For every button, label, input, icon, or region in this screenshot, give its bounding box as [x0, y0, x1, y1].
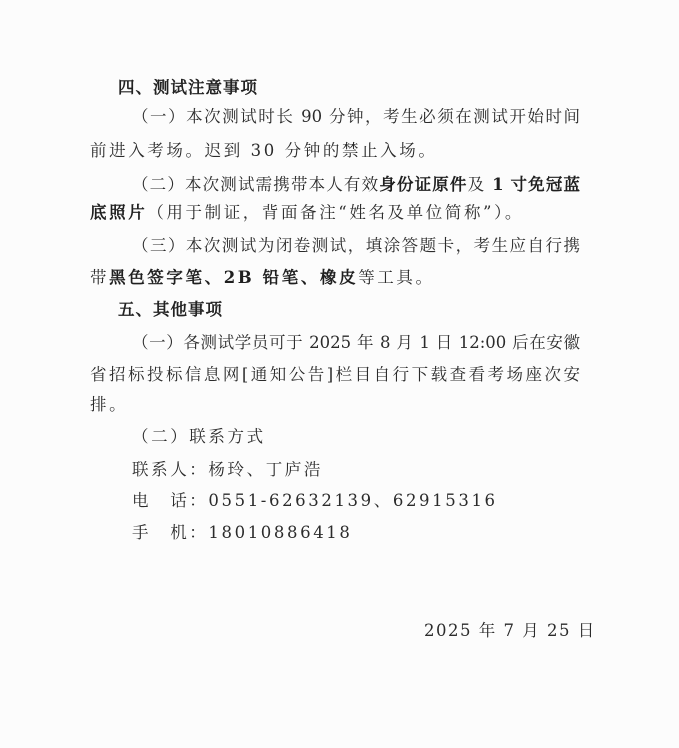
- document-date: 2025 年 7 月 25 日: [424, 617, 596, 641]
- section-4-heading: 四、测试注意事项: [118, 77, 608, 99]
- text: 等工具。: [358, 268, 434, 287]
- mobile-value: 18010886418: [208, 523, 352, 542]
- mobile-label: 手 机：: [132, 523, 208, 542]
- bold-id-card: 身份证原件: [379, 175, 467, 194]
- contact-person-label: 联系人：: [132, 460, 208, 479]
- phone-label: 电 话：: [132, 491, 208, 510]
- section-4-item-3-line-2: 带黑色签字笔、2B 铅笔、橡皮等工具。: [90, 267, 580, 289]
- contact-person-value: 杨玲、丁庐浩: [208, 460, 323, 479]
- text: （二）本次测试需携带本人有效: [132, 175, 379, 194]
- section-4-item-2-line-2: 底照片（用于制证，背面备注“姓名及单位简称”）。: [90, 202, 580, 224]
- bold-photo: 1 寸免冠蓝: [485, 175, 580, 194]
- bold-tools: 黑色签字笔、2B 铅笔、橡皮: [109, 268, 358, 287]
- section-5-item-1-line-2: 省招标投标信息网[通知公告]栏目自行下载查看考场座次安: [90, 364, 580, 386]
- section-4-item-1-line-1: （一）本次测试时长 90 分钟，考生必须在测试开始时间: [132, 106, 580, 128]
- section-5-item-1-line-1: （一）各测试学员可于 2025 年 8 月 1 日 12:00 后在安徽: [132, 332, 580, 354]
- phone-value: 0551-62632139、62915316: [208, 491, 497, 510]
- mobile-row: 手 机：18010886418: [132, 522, 580, 544]
- section-5-heading: 五、其他事项: [118, 299, 608, 321]
- contact-section-title: （二）联系方式: [132, 426, 580, 448]
- bold-photo-cont: 底照片: [90, 203, 147, 222]
- section-4-item-1-line-2: 前进入考场。迟到 30 分钟的禁止入场。: [90, 140, 580, 162]
- section-4-item-2-line-1: （二）本次测试需携带本人有效身份证原件及 1 寸免冠蓝: [132, 174, 580, 196]
- text: 及: [468, 175, 486, 194]
- contact-person-row: 联系人：杨玲、丁庐浩: [132, 459, 580, 481]
- section-5-item-1-line-3: 排。: [90, 394, 580, 416]
- text: 带: [90, 268, 109, 287]
- phone-row: 电 话：0551-62632139、62915316: [132, 490, 580, 512]
- section-4-item-3-line-1: （三）本次测试为闭卷测试，填涂答题卡，考生应自行携: [132, 235, 580, 257]
- text: （用于制证，背面备注“姓名及单位简称”）。: [147, 203, 524, 222]
